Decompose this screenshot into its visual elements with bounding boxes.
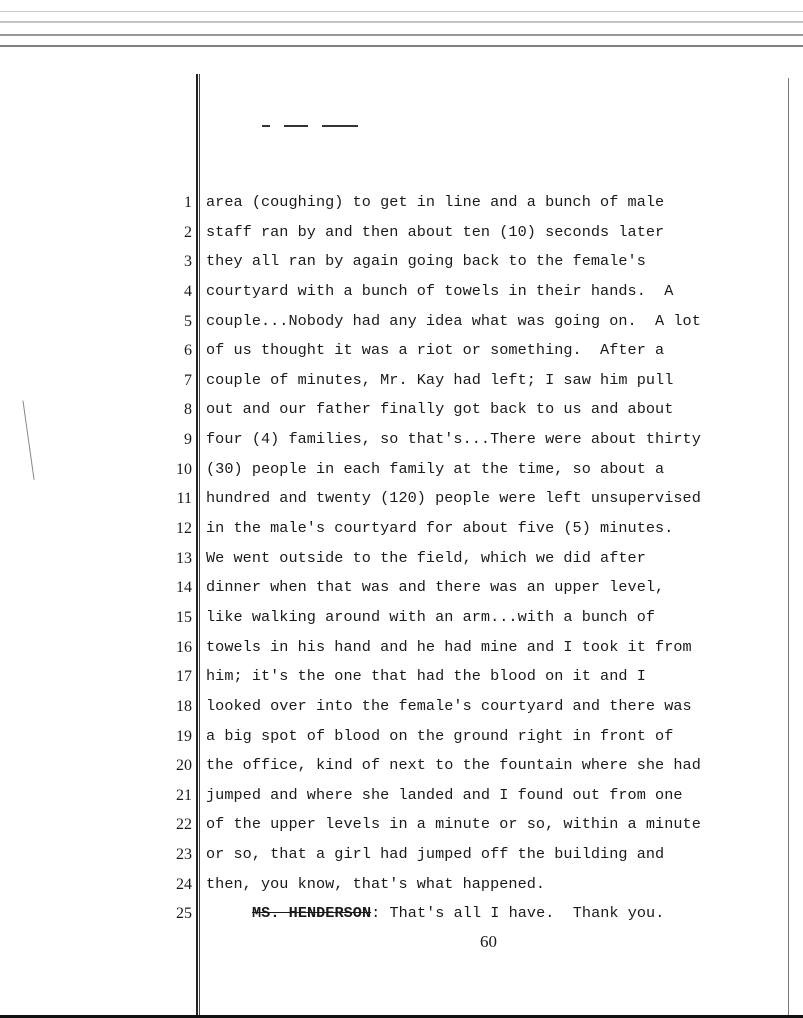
- line-text: dinner when that was and there was an up…: [206, 573, 776, 603]
- line-text: area (coughing) to get in line and a bun…: [206, 188, 776, 218]
- line-text: of us thought it was a riot or something…: [206, 336, 776, 366]
- line-text: him; it's the one that had the blood on …: [206, 662, 776, 692]
- transcript-line: 16towels in his hand and he had mine and…: [160, 633, 800, 663]
- line-text: in the male's courtyard for about five (…: [206, 514, 776, 544]
- line-number: 10: [160, 455, 192, 485]
- line-number: 18: [160, 692, 192, 722]
- line-number: 5: [160, 307, 192, 337]
- line-text: four (4) families, so that's...There wer…: [206, 425, 776, 455]
- line-text: courtyard with a bunch of towels in thei…: [206, 277, 776, 307]
- transcript-line: 7couple of minutes, Mr. Kay had left; I …: [160, 366, 800, 396]
- line-text: jumped and where she landed and I found …: [206, 781, 776, 811]
- line-number: 15: [160, 603, 192, 633]
- transcript-line: 21jumped and where she landed and I foun…: [160, 781, 800, 811]
- line-text: couple of minutes, Mr. Kay had left; I s…: [206, 366, 776, 396]
- line-number: 14: [160, 573, 192, 603]
- line-number: 8: [160, 395, 192, 425]
- line-number: 3: [160, 247, 192, 277]
- line-text: or so, that a girl had jumped off the bu…: [206, 840, 776, 870]
- line-text: a big spot of blood on the ground right …: [206, 722, 776, 752]
- scan-artifact-band: [0, 45, 803, 47]
- line-number: 1: [160, 188, 192, 218]
- line-number: 21: [160, 781, 192, 811]
- line-text: out and our father finally got back to u…: [206, 395, 776, 425]
- line-text: couple...Nobody had any idea what was go…: [206, 307, 776, 337]
- line-text: like walking around with an arm...with a…: [206, 603, 776, 633]
- scan-artifact-band: [0, 34, 803, 36]
- transcript-line: 24then, you know, that's what happened.: [160, 870, 800, 900]
- line-number: 16: [160, 633, 192, 663]
- scan-artifact-band: [0, 11, 803, 12]
- line-number: 2: [160, 218, 192, 248]
- transcript-line: 18looked over into the female's courtyar…: [160, 692, 800, 722]
- transcript-line: 17him; it's the one that had the blood o…: [160, 662, 800, 692]
- header-dashes: [262, 122, 372, 133]
- transcript-line: 15like walking around with an arm...with…: [160, 603, 800, 633]
- transcript-line: 11hundred and twenty (120) people were l…: [160, 484, 800, 514]
- transcript-line: 14dinner when that was and there was an …: [160, 573, 800, 603]
- stray-scan-mark: [22, 400, 36, 480]
- line-number: 22: [160, 810, 192, 840]
- transcript-line: 1area (coughing) to get in line and a bu…: [160, 188, 800, 218]
- transcript-line: 22of the upper levels in a minute or so,…: [160, 810, 800, 840]
- line-number: 23: [160, 840, 192, 870]
- transcript-line: 12in the male's courtyard for about five…: [160, 514, 800, 544]
- line-number: 13: [160, 544, 192, 574]
- line-number: 4: [160, 277, 192, 307]
- line-number: 25: [160, 899, 192, 929]
- transcript-line: 10(30) people in each family at the time…: [160, 455, 800, 485]
- scan-artifact-band: [0, 21, 803, 23]
- line-number: 24: [160, 870, 192, 900]
- line-text: towels in his hand and he had mine and I…: [206, 633, 776, 663]
- transcript-line: 25MS. HENDERSON: That's all I have. Than…: [160, 899, 800, 929]
- transcript-line: 19a big spot of blood on the ground righ…: [160, 722, 800, 752]
- line-text: MS. HENDERSON: That's all I have. Thank …: [252, 899, 803, 929]
- line-number: 7: [160, 366, 192, 396]
- line-number: 12: [160, 514, 192, 544]
- line-number: 17: [160, 662, 192, 692]
- line-number: 19: [160, 722, 192, 752]
- line-number: 6: [160, 336, 192, 366]
- transcript-line: 4courtyard with a bunch of towels in the…: [160, 277, 800, 307]
- speaker-statement: : That's all I have. Thank you.: [371, 904, 664, 922]
- transcript-line: 5couple...Nobody had any idea what was g…: [160, 307, 800, 337]
- transcript-line: 3they all ran by again going back to the…: [160, 247, 800, 277]
- line-text: hundred and twenty (120) people were lef…: [206, 484, 776, 514]
- transcript-line: 8out and our father finally got back to …: [160, 395, 800, 425]
- line-text: then, you know, that's what happened.: [206, 870, 776, 900]
- line-text: (30) people in each family at the time, …: [206, 455, 776, 485]
- line-text: We went outside to the field, which we d…: [206, 544, 776, 574]
- transcript-line: 2staff ran by and then about ten (10) se…: [160, 218, 800, 248]
- speaker-name: MS. HENDERSON: [252, 904, 371, 922]
- line-text: they all ran by again going back to the …: [206, 247, 776, 277]
- line-text: looked over into the female's courtyard …: [206, 692, 776, 722]
- transcript-line: 9four (4) families, so that's...There we…: [160, 425, 800, 455]
- page-number: 60: [480, 932, 497, 952]
- transcript-line: 13We went outside to the field, which we…: [160, 544, 800, 574]
- transcript-line: 20the office, kind of next to the founta…: [160, 751, 800, 781]
- line-number: 9: [160, 425, 192, 455]
- transcript-body: 1area (coughing) to get in line and a bu…: [160, 188, 800, 929]
- transcript-line: 6of us thought it was a riot or somethin…: [160, 336, 800, 366]
- line-text: the office, kind of next to the fountain…: [206, 751, 776, 781]
- line-text: of the upper levels in a minute or so, w…: [206, 810, 776, 840]
- transcript-line: 23or so, that a girl had jumped off the …: [160, 840, 800, 870]
- line-number: 20: [160, 751, 192, 781]
- line-number: 11: [160, 484, 192, 514]
- line-text: staff ran by and then about ten (10) sec…: [206, 218, 776, 248]
